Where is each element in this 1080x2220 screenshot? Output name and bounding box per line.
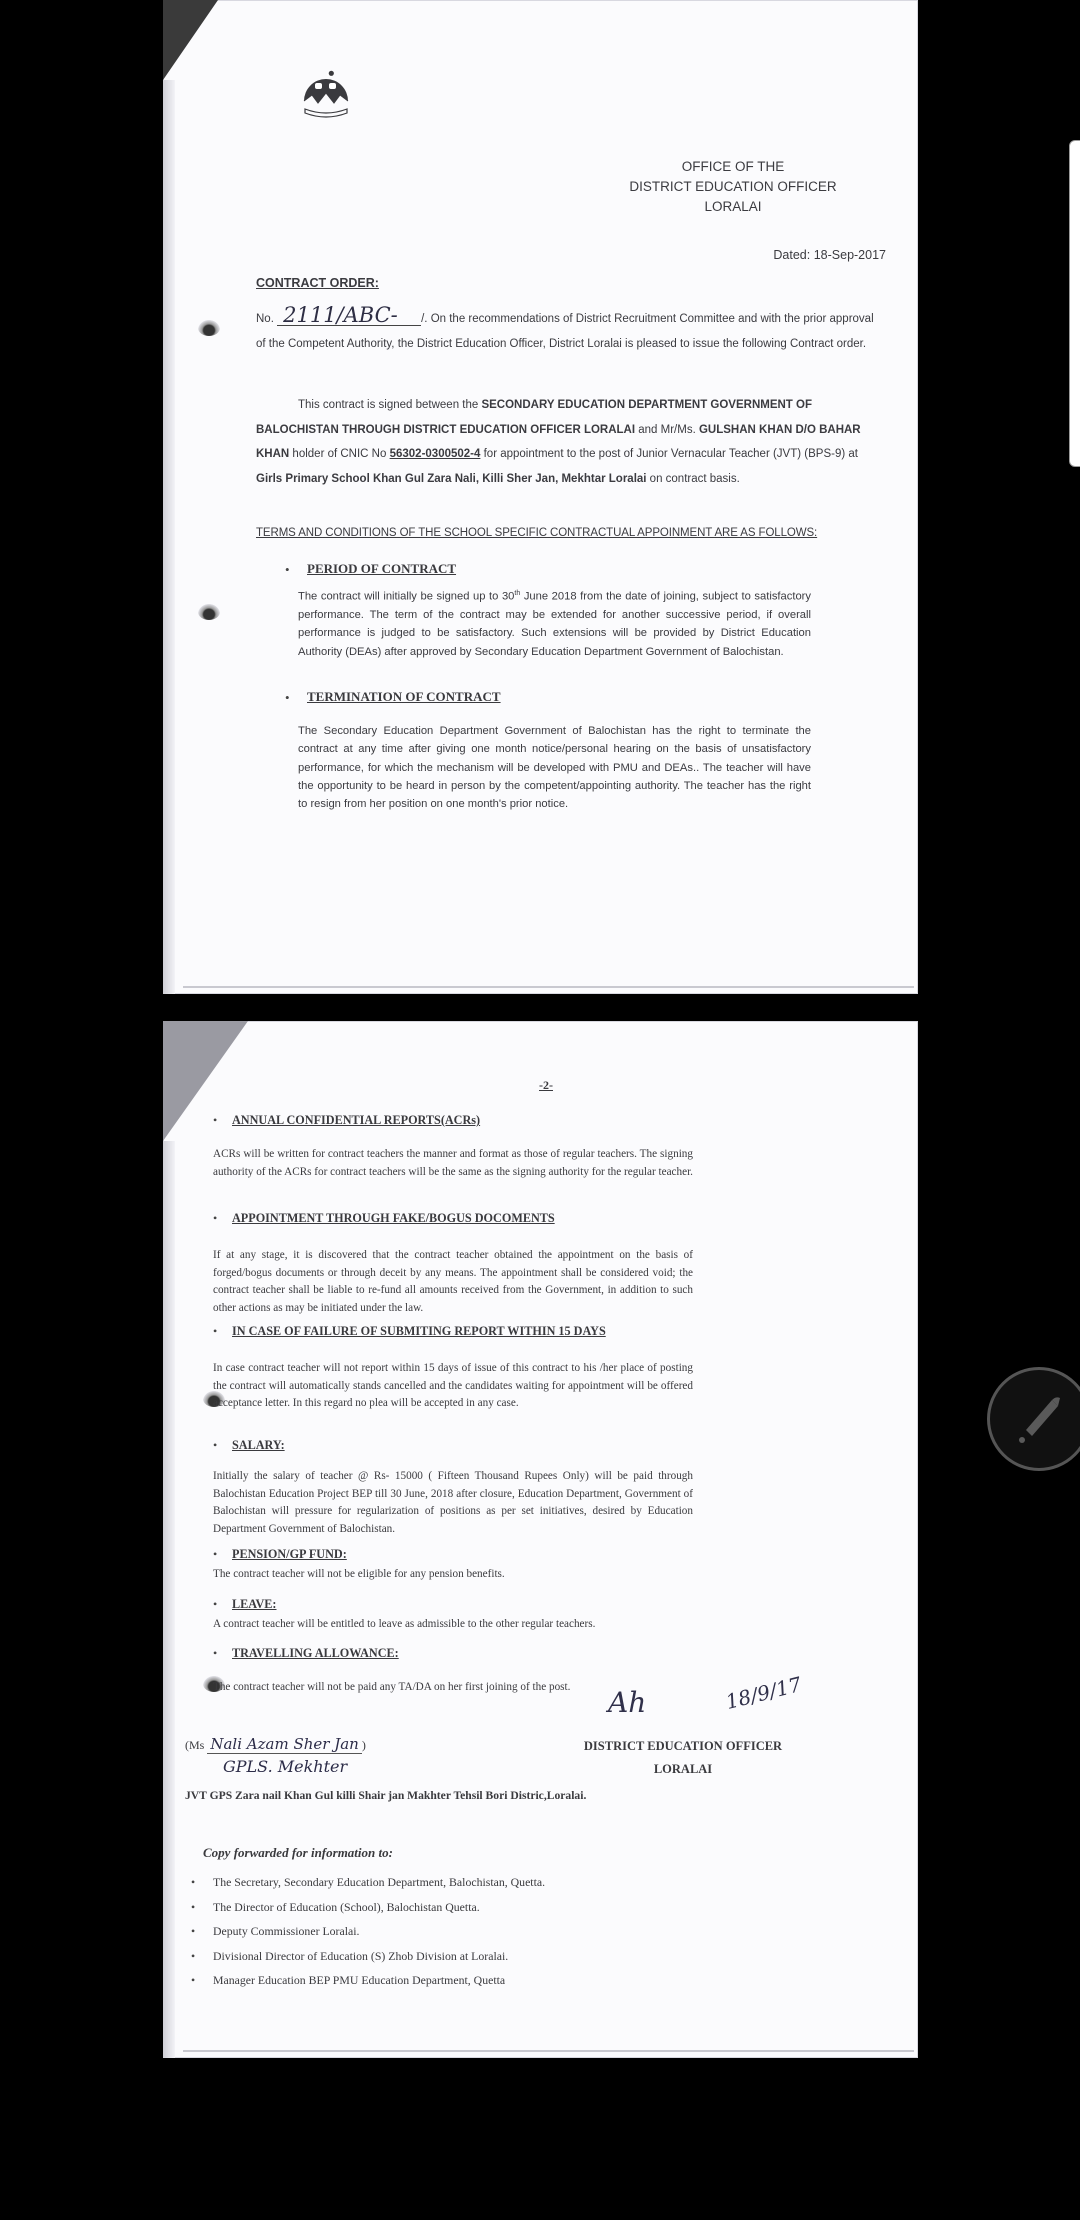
bullet-icon: • [213, 1597, 217, 1612]
contract-text: on contract basis. [646, 473, 739, 485]
bullet-icon: • [213, 1547, 217, 1562]
document-page-1: OFFICE OF THE DISTRICT EDUCATION OFFICER… [163, 0, 918, 994]
punch-hole-icon [198, 604, 220, 620]
bullet-icon: • [213, 1646, 217, 1661]
contract-text: holder of CNIC No [289, 448, 389, 460]
bullet-icon: • [285, 690, 290, 706]
bullet-icon: • [285, 562, 290, 578]
deo-sign-date: 18/9/17 [723, 1672, 804, 1714]
contract-text: and Mr/Ms. [635, 424, 699, 436]
list-item: The Director of Education (School), Balo… [191, 1895, 545, 1920]
teacher-signature-name: Nali Azam Sher Jan [207, 1735, 361, 1754]
punch-hole-icon [198, 320, 220, 336]
cnic-number: 56302-0300502-4 [390, 448, 481, 460]
edit-button[interactable] [987, 1367, 1080, 1471]
page-bottom-edge [183, 2050, 914, 2052]
school-name: Girls Primary School Khan Gul Zara Nali,… [256, 473, 646, 485]
document-page-2: -2- • ANNUAL CONFIDENTIAL REPORTS(ACRs) … [163, 1021, 918, 2058]
signature-suffix: ) [362, 1738, 366, 1752]
bullet-icon: • [213, 1324, 217, 1339]
section-body-failure-report: In case contract teacher will not report… [213, 1360, 693, 1413]
teacher-school-handwritten: GPLS. Mekhter [223, 1757, 347, 1776]
contract-paragraph: This contract is signed between the SECO… [256, 393, 886, 491]
signature-prefix: (Ms [185, 1738, 204, 1752]
list-item: Divisional Director of Education (S) Zho… [191, 1944, 545, 1969]
list-item: Deputy Commissioner Loralai. [191, 1919, 545, 1944]
section-body-period: The contract will initially be signed up… [298, 585, 811, 661]
section-body-salary: Initially the salary of teacher @ Rs- 15… [213, 1468, 693, 1538]
section-title-pension: PENSION/GP FUND: [232, 1547, 347, 1562]
contract-text: for appointment to the post of Junior Ve… [480, 448, 858, 460]
pen-icon [990, 1370, 1080, 1468]
bullet-icon: • [213, 1438, 217, 1453]
page-edge [163, 1141, 175, 2058]
deo-signature: Ah [608, 1686, 646, 1719]
section-title-fake-documents: APPOINTMENT THROUGH FAKE/BOGUS DOCOMENTS [232, 1211, 555, 1226]
dated-text: Dated: 18-Sep-2017 [773, 248, 886, 262]
copy-forwarded-list: The Secretary, Secondary Education Depar… [191, 1870, 545, 1993]
section-title-termination: TERMINATION OF CONTRACT [307, 689, 501, 705]
body-text: The contract will initially be signed up… [298, 591, 514, 603]
copy-forwarded-heading: Copy forwarded for information to: [203, 1845, 393, 1861]
section-title-leave: LEAVE: [232, 1597, 276, 1612]
section-body-leave: A contract teacher will be entitled to l… [213, 1616, 693, 1634]
section-body-termination: The Secondary Education Department Gover… [298, 722, 811, 813]
section-title-salary: SALARY: [232, 1438, 285, 1453]
no-label: No. [256, 313, 274, 325]
terms-heading: TERMS AND CONDITIONS OF THE SCHOOL SPECI… [256, 527, 817, 539]
office-line-2: DISTRICT EDUCATION OFFICER [583, 177, 883, 197]
bullet-icon: • [213, 1113, 217, 1128]
contract-text: This contract is signed between the [298, 399, 481, 411]
order-number-handwritten: 2111/ABC- [277, 305, 421, 326]
intro-paragraph: No. 2111/ABC-/. On the recommendations o… [256, 305, 886, 356]
list-item: Manager Education BEP PMU Education Depa… [191, 1968, 545, 1993]
page-number: -2- [539, 1078, 553, 1093]
deo-title: DISTRICT EDUCATION OFFICER [583, 1739, 783, 1754]
teacher-signature-block: (Ms Nali Azam Sher Jan) [185, 1735, 366, 1753]
section-title-travelling: TRAVELLING ALLOWANCE: [232, 1646, 399, 1661]
section-body-pension: The contract teacher will not be eligibl… [213, 1566, 693, 1584]
balochistan-emblem-icon [300, 65, 352, 121]
section-title-acrs: ANNUAL CONFIDENTIAL REPORTS(ACRs) [232, 1113, 480, 1128]
scroll-handle[interactable] [1069, 140, 1080, 467]
jvt-address-line: JVT GPS Zara nail Khan Gul killi Shair j… [185, 1789, 586, 1802]
list-item: The Secretary, Secondary Education Depar… [191, 1870, 545, 1895]
section-title-period: PERIOD OF CONTRACT [307, 561, 456, 577]
office-header: OFFICE OF THE DISTRICT EDUCATION OFFICER… [583, 157, 883, 217]
page-bottom-edge [183, 986, 914, 988]
page-edge [163, 80, 175, 994]
section-body-fake-documents: If at any stage, it is discovered that t… [213, 1247, 693, 1317]
office-line-1: OFFICE OF THE [583, 157, 883, 177]
office-line-3: LORALAI [583, 197, 883, 217]
deo-location: LORALAI [583, 1762, 783, 1777]
bullet-icon: • [213, 1211, 217, 1226]
section-body-acrs: ACRs will be written for contract teache… [213, 1146, 693, 1181]
section-title-failure-report: IN CASE OF FAILURE OF SUBMITING REPORT W… [232, 1324, 606, 1339]
contract-order-heading: CONTRACT ORDER: [256, 276, 379, 290]
